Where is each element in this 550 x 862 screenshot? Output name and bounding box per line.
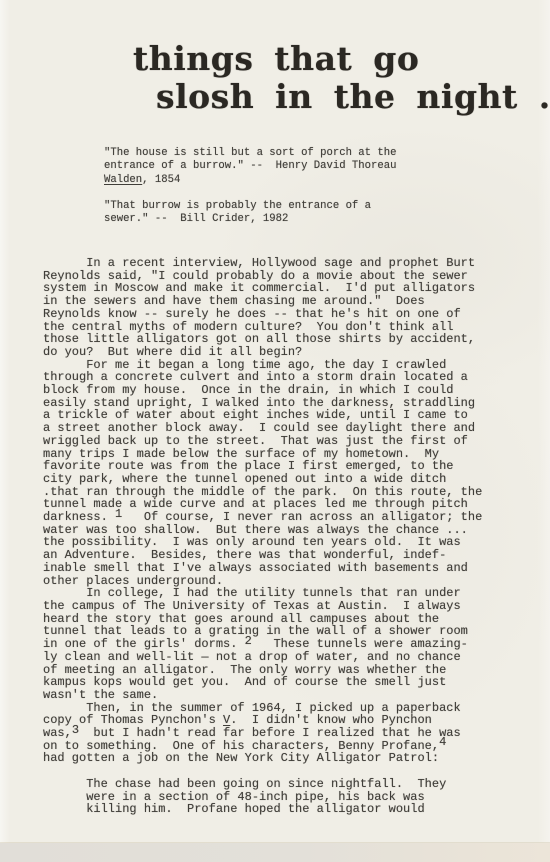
text-line: sewer." -- Bill Crider, 1982 bbox=[104, 213, 396, 226]
page-title-line1: things that go bbox=[133, 42, 419, 75]
text-line: in the sewers and have them chasing me a… bbox=[43, 295, 482, 308]
text-line: killing him. Profane hoped the alligator… bbox=[43, 803, 482, 816]
text-line: an Adventure. Besides, there was that wo… bbox=[43, 549, 482, 562]
text-line: "That burrow is probably the entrance of… bbox=[104, 200, 396, 213]
text-line: in one of the girls' dorms. 2 These tunn… bbox=[43, 638, 482, 651]
text-line: was,3 but I hadn't read far before I rea… bbox=[43, 727, 482, 740]
scanner-edge-band bbox=[0, 843, 550, 862]
text-line: darkness. 1 Of course, I never ran acros… bbox=[43, 511, 482, 524]
text-line: Walden, 1854 bbox=[104, 174, 396, 187]
text-line: ly clean and well-lit — not a drop of wa… bbox=[43, 651, 482, 664]
text-line: wriggled back up to the street. That was… bbox=[43, 435, 482, 448]
text-line: the campus of The University of Texas at… bbox=[43, 600, 482, 613]
text-line: Reynolds know -- surely he does -- that … bbox=[43, 308, 482, 321]
text-line: a street another block away. I could see… bbox=[43, 422, 482, 435]
text-line: inable smell that I've always associated… bbox=[43, 562, 482, 575]
text-line: city park, where the tunnel opened out i… bbox=[43, 473, 482, 486]
text-line: entrance of a burrow." -- Henry David Th… bbox=[104, 160, 396, 173]
text-line: had gotten a job on the New York City Al… bbox=[43, 752, 482, 765]
text-line: The chase had been going on since nightf… bbox=[43, 778, 482, 791]
text-line: In a recent interview, Hollywood sage an… bbox=[43, 257, 482, 270]
text-line: "The house is still but a sort of porch … bbox=[104, 147, 396, 160]
text-line bbox=[104, 187, 396, 200]
scanned-page: things that go slosh in the night ... "T… bbox=[0, 0, 550, 862]
text-line bbox=[43, 765, 482, 778]
text-line: block from my house. Once in the drain, … bbox=[43, 384, 482, 397]
epigraph-quotes: "The house is still but a sort of porch … bbox=[104, 147, 396, 227]
page-title-line2: slosh in the night ... bbox=[156, 80, 550, 113]
text-line: wasn't the same. bbox=[43, 689, 482, 702]
text-line: kampus kops would get you. And of course… bbox=[43, 676, 482, 689]
article-body: In a recent interview, Hollywood sage an… bbox=[43, 257, 482, 816]
text-line: do you? But where did it all begin? bbox=[43, 346, 482, 359]
